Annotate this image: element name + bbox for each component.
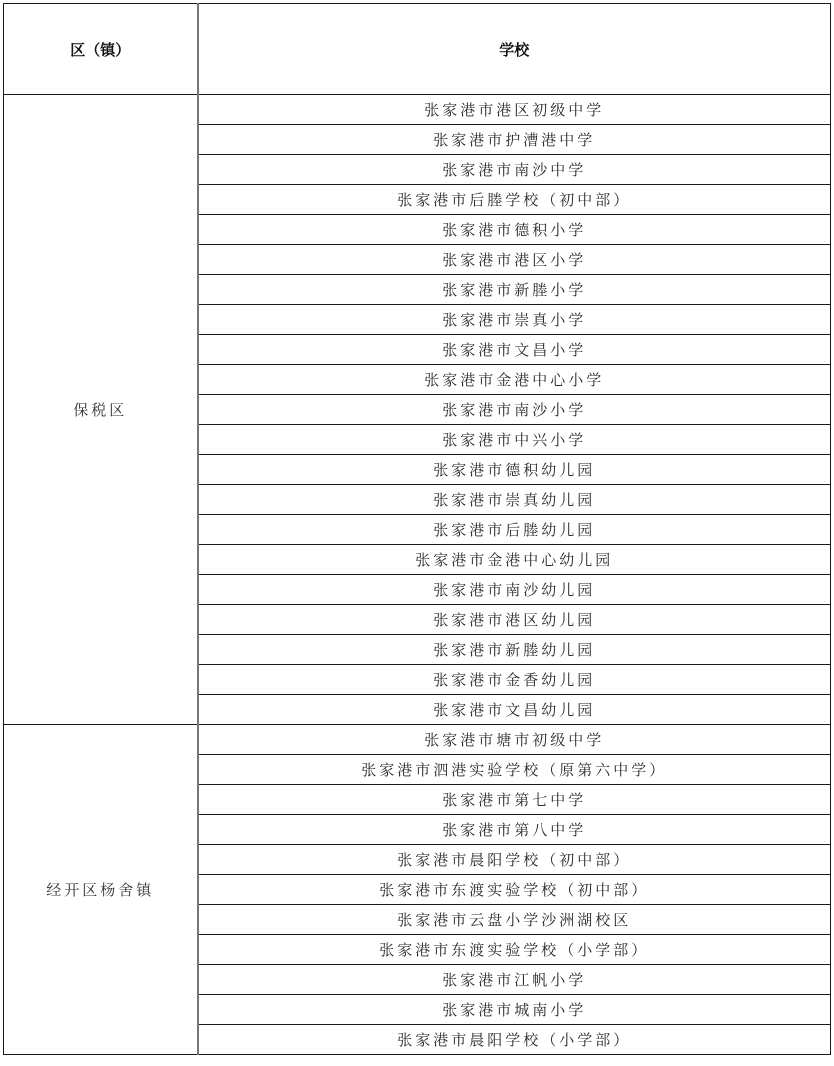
- school-cell: 张家港市崇真小学: [198, 305, 831, 335]
- school-cell: 张家港市德积小学: [198, 215, 831, 245]
- table-body: 保税区 张家港市港区初级中学 张家港市护漕港中学 张家港市南沙中学 张家港市后塍…: [4, 95, 831, 1055]
- header-school: 学校: [198, 4, 831, 95]
- school-cell: 张家港市后塍学校（初中部）: [198, 185, 831, 215]
- school-district-table: 区（镇） 学校 保税区 张家港市港区初级中学 张家港市护漕港中学 张家港市南沙中…: [3, 3, 831, 1055]
- table-row: 经开区杨舍镇 张家港市塘市初级中学: [4, 725, 831, 755]
- table-row: 保税区 张家港市港区初级中学: [4, 95, 831, 125]
- district-cell: 保税区: [4, 95, 198, 725]
- school-cell: 张家港市德积幼儿园: [198, 455, 831, 485]
- school-cell: 张家港市第七中学: [198, 785, 831, 815]
- school-cell: 张家港市南沙幼儿园: [198, 575, 831, 605]
- school-cell: 张家港市金香幼儿园: [198, 665, 831, 695]
- school-cell: 张家港市港区初级中学: [198, 95, 831, 125]
- school-cell: 张家港市文昌小学: [198, 335, 831, 365]
- school-cell: 张家港市金港中心小学: [198, 365, 831, 395]
- school-cell: 张家港市城南小学: [198, 995, 831, 1025]
- school-cell: 张家港市东渡实验学校（初中部）: [198, 875, 831, 905]
- school-cell: 张家港市新塍小学: [198, 275, 831, 305]
- table-header-row: 区（镇） 学校: [4, 4, 831, 95]
- school-cell: 张家港市崇真幼儿园: [198, 485, 831, 515]
- school-cell: 张家港市新塍幼儿园: [198, 635, 831, 665]
- school-cell: 张家港市晨阳学校（初中部）: [198, 845, 831, 875]
- school-cell: 张家港市第八中学: [198, 815, 831, 845]
- school-cell: 张家港市港区小学: [198, 245, 831, 275]
- school-cell: 张家港市南沙中学: [198, 155, 831, 185]
- school-cell: 张家港市后塍幼儿园: [198, 515, 831, 545]
- school-cell: 张家港市塘市初级中学: [198, 725, 831, 755]
- school-cell: 张家港市金港中心幼儿园: [198, 545, 831, 575]
- school-cell: 张家港市泗港实验学校（原第六中学）: [198, 755, 831, 785]
- school-cell: 张家港市港区幼儿园: [198, 605, 831, 635]
- school-cell: 张家港市南沙小学: [198, 395, 831, 425]
- school-cell: 张家港市东渡实验学校（小学部）: [198, 935, 831, 965]
- school-cell: 张家港市晨阳学校（小学部）: [198, 1025, 831, 1055]
- school-cell: 张家港市江帆小学: [198, 965, 831, 995]
- district-cell: 经开区杨舍镇: [4, 725, 198, 1055]
- header-district: 区（镇）: [4, 4, 198, 95]
- school-cell: 张家港市云盘小学沙洲湖校区: [198, 905, 831, 935]
- school-cell: 张家港市中兴小学: [198, 425, 831, 455]
- school-cell: 张家港市护漕港中学: [198, 125, 831, 155]
- school-cell: 张家港市文昌幼儿园: [198, 695, 831, 725]
